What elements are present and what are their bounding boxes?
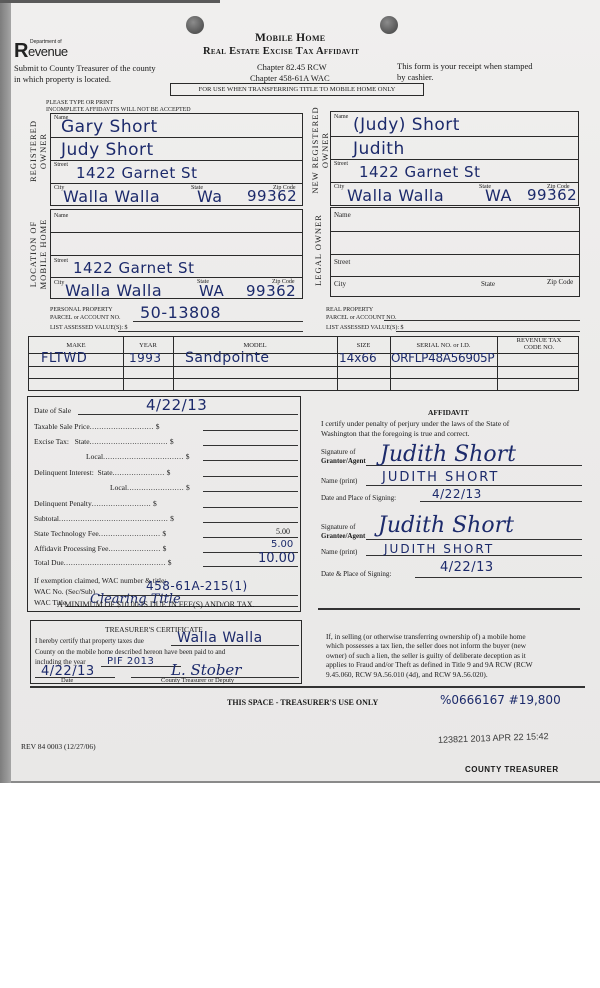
minimum-fee-note: A MINIMUM OF $10.00 IS DUE IN FEE(S) AND… xyxy=(57,600,255,609)
hole-punch-icon xyxy=(186,16,204,34)
treasurer-certificate-box: TREASURER'S CERTIFICATE I hereby certify… xyxy=(30,620,302,684)
cashier-stamp-office: COUNTY TREASURER xyxy=(465,765,559,774)
new-owner-name-1[interactable]: (Judy) Short xyxy=(353,115,460,135)
receipt-note-2: by cashier. xyxy=(397,72,433,82)
legal-owner-box: Name Street City State Zip Code xyxy=(330,207,580,297)
chapter-wac: Chapter 458-61A WAC xyxy=(250,73,330,83)
date-of-sale[interactable]: 4/22/13 xyxy=(146,396,207,414)
col-serial: SERIAL NO. or I.D. xyxy=(390,342,497,349)
taxable-sale-price-label: Taxable Sale Price......................… xyxy=(34,422,159,431)
affidavit-heading: AFFIDAVIT xyxy=(428,408,469,417)
new-owner-zip[interactable]: 99362 xyxy=(527,186,577,204)
registered-owner-street[interactable]: 1422 Garnet St xyxy=(76,164,197,182)
tax-calculation-box: Date of Sale 4/22/13 Taxable Sale Price.… xyxy=(27,396,301,612)
scan-top-edge xyxy=(0,0,220,3)
registered-owner-zip[interactable]: 99362 xyxy=(247,187,297,205)
new-owner-city[interactable]: Walla Walla xyxy=(347,186,444,205)
table-row-size[interactable]: 14x66 xyxy=(339,351,377,365)
registered-owner-city[interactable]: Walla Walla xyxy=(63,187,160,206)
grantee-signature[interactable]: Judith Short xyxy=(378,513,514,538)
location-city[interactable]: Walla Walla xyxy=(65,281,162,300)
new-owner-name-2[interactable]: Judith xyxy=(353,139,405,159)
registered-owner-label: REGISTERED OWNER xyxy=(28,106,48,196)
form-title-line2: Real Estate Excise Tax Affidavit xyxy=(203,46,359,57)
grantee-signing-date[interactable]: 4/22/13 xyxy=(440,560,494,575)
grantor-signing-date[interactable]: 4/22/13 xyxy=(432,487,482,501)
logo-revenue-text: evenue xyxy=(28,44,68,59)
grantor-printed-name[interactable]: JUDITH SHORT xyxy=(382,470,499,485)
new-owner-street[interactable]: 1422 Garnet St xyxy=(359,163,480,181)
use-banner-text: FOR USE WHEN TRANSFERRING TITLE TO MOBIL… xyxy=(171,84,423,95)
logo-swoosh-icon: R xyxy=(14,40,28,63)
form-title-line1: Mobile Home xyxy=(255,32,325,44)
location-state[interactable]: WA xyxy=(199,282,224,300)
processing-fee-value[interactable]: 5.00 xyxy=(271,539,293,550)
location-street[interactable]: 1422 Garnet St xyxy=(73,259,194,277)
table-row-model[interactable]: Sandpointe xyxy=(185,350,270,366)
dor-logo: R Department of evenue xyxy=(14,38,84,60)
total-due-value[interactable]: 10.00 xyxy=(258,551,295,566)
personal-assessed-label: LIST ASSESSED VALUE(S): $ xyxy=(50,325,128,331)
submit-instruction-1: Submit to County Treasurer of the county xyxy=(14,63,156,73)
use-banner: FOR USE WHEN TRANSFERRING TITLE TO MOBIL… xyxy=(170,83,424,96)
scanned-form-page: R Department of evenue Submit to County … xyxy=(0,0,600,783)
grantor-signature-label: Signature of Grantor/Agent xyxy=(321,448,366,466)
col-revenue-tax-code: REVENUE TAX CODE NO. xyxy=(509,337,569,351)
affidavit-certify-2: Washington that the foregoing is true an… xyxy=(321,429,470,438)
grantee-signature-label: Signature of Grantee/Agent xyxy=(321,523,365,541)
treasurer-county[interactable]: Walla Walla xyxy=(177,630,263,646)
location-box: Name Street City State Zip Code 1422 Gar… xyxy=(50,209,303,299)
grantee-printed-name[interactable]: JUDITH SHORT xyxy=(384,542,494,556)
col-year: YEAR xyxy=(123,342,173,349)
personal-property-parcel[interactable]: 50-13808 xyxy=(140,303,221,322)
col-make: MAKE xyxy=(29,342,123,349)
treasurer-handwritten-note: %0666167 #19,800 xyxy=(440,693,561,707)
receipt-note-1: This form is your receipt when stamped xyxy=(397,61,533,71)
tech-fee-value: 5.00 xyxy=(276,527,290,536)
form-number: REV 84 0003 (12/27/06) xyxy=(21,742,96,751)
table-row-serial[interactable]: ORFLP48A56905P xyxy=(391,351,494,365)
personal-property-label: PERSONAL PROPERTY PARCEL or ACCOUNT NO. xyxy=(50,306,120,322)
registered-owner-name-1[interactable]: Gary Short xyxy=(61,117,158,137)
lien-notice: If, in selling (or otherwise transferrin… xyxy=(326,632,586,679)
registered-owner-box: Name Street City State Zip Code Gary Sho… xyxy=(50,113,303,206)
registered-owner-name-2[interactable]: Judy Short xyxy=(61,140,154,160)
treasurer-use-label: THIS SPACE - TREASURER'S USE ONLY xyxy=(227,698,378,707)
new-owner-state[interactable]: WA xyxy=(485,186,512,205)
col-model: MODEL xyxy=(173,342,337,349)
location-zip[interactable]: 99362 xyxy=(246,282,296,300)
registered-owner-state[interactable]: Wa xyxy=(197,187,223,206)
table-row-year[interactable]: 1993 xyxy=(129,351,162,365)
real-assessed-label: LIST ASSESSED VALUE(S): $ xyxy=(326,325,404,331)
hole-punch-icon xyxy=(380,16,398,34)
scan-edge-shadow xyxy=(0,0,11,783)
new-registered-owner-box: Name Street City State Zip Code (Judy) S… xyxy=(330,111,579,206)
wac-number[interactable]: 458-61A-215(1) xyxy=(146,579,248,593)
new-registered-owner-label: NEW REGISTERED OWNER xyxy=(310,100,330,200)
location-label: LOCATION OF MOBILE HOME xyxy=(28,208,48,300)
affidavit-certify-1: I certify under penalty of perjury under… xyxy=(321,419,509,428)
type-or-print-note: PLEASE TYPE OR PRINT xyxy=(46,100,113,106)
col-size: SIZE xyxy=(337,342,390,349)
chapter-rcw: Chapter 82.45 RCW xyxy=(257,62,327,72)
legal-owner-label: LEGAL OWNER xyxy=(313,210,323,290)
mobile-home-table: MAKE YEAR MODEL SIZE SERIAL NO. or I.D. … xyxy=(28,336,579,391)
table-row-make[interactable]: FLTWD xyxy=(41,351,87,366)
submit-instruction-2: in which property is located. xyxy=(14,74,111,84)
cashier-stamp-line: 123821 2013 APR 22 15:42 xyxy=(438,731,549,745)
treasurer-year[interactable]: PIF 2013 xyxy=(107,656,154,667)
grantor-signature[interactable]: Judith Short xyxy=(380,442,516,467)
